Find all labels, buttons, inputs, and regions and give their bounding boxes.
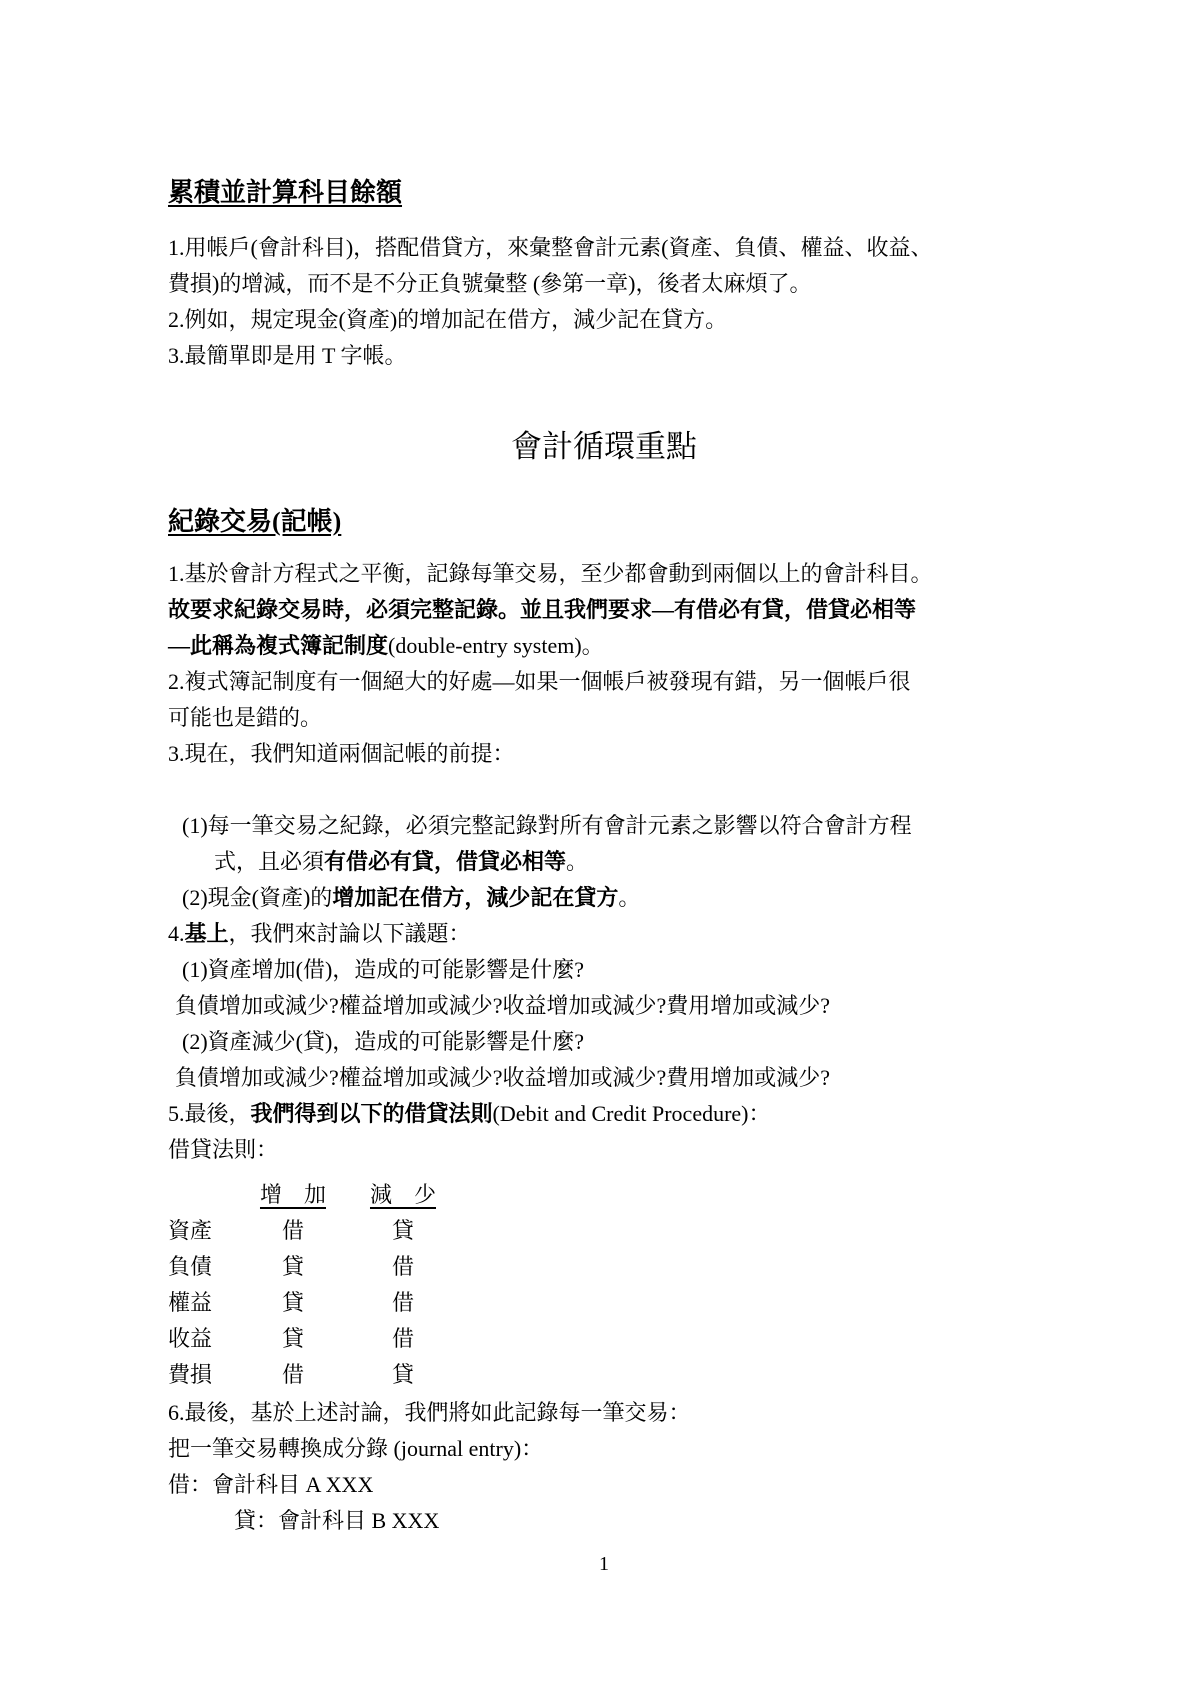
blank-line <box>168 772 1040 808</box>
text-line: 1.基於會計方程式之平衡，記錄每筆交易，至少都會動到兩個以上的會計科目。 <box>168 556 1040 592</box>
page-number: 1 <box>168 1551 1040 1577</box>
text-line: 式，且必須有借必有貸，借貸必相等。 <box>168 844 1040 880</box>
text-segment: —此稱為複式簿記制度 <box>168 633 388 658</box>
row-label: 負債 <box>168 1249 238 1285</box>
text-segment: 4. <box>168 921 185 946</box>
text-segment: (Debit and Credit Procedure)： <box>493 1101 771 1126</box>
text-line: 2.複式簿記制度有一個絕大的好處—如果一個帳戶被發現有錯，另一個帳戶很 <box>168 664 1040 700</box>
row-decrease-value: 借 <box>348 1285 458 1321</box>
text-segment: 。 <box>618 885 640 910</box>
table-header-increase: 增 加 <box>238 1177 348 1213</box>
document-page: 累積並計算科目餘額 1.用帳戶(會計科目)，搭配借貸方，來彙整會計元素(資產、負… <box>0 0 1200 1696</box>
text-line: 3.現在，我們知道兩個記帳的前提： <box>168 736 1040 772</box>
row-increase-value: 貸 <box>238 1285 348 1321</box>
text-segment: 增加記在借方，減少記在貸方 <box>332 885 618 910</box>
text-segment: 我們得到以下的借貸法則 <box>251 1101 493 1126</box>
table-header-decrease: 減 少 <box>348 1177 458 1213</box>
row-decrease-value: 貸 <box>348 1213 458 1249</box>
table-row: 收益 貸 借 <box>168 1321 1040 1357</box>
text-line: 貸：會計科目 B XXX <box>168 1503 1040 1539</box>
text-line: 借貸法則： <box>168 1132 1040 1168</box>
table-header-row: 增 加 減 少 <box>168 1177 1040 1213</box>
text-segment: 。 <box>566 849 588 874</box>
text-line: (2)資產減少(貸)，造成的可能影響是什麼? <box>168 1024 1040 1060</box>
text-line: 可能也是錯的。 <box>168 700 1040 736</box>
row-increase-value: 借 <box>238 1357 348 1393</box>
text-line: 負債增加或減少?權益增加或減少?收益增加或減少?費用增加或減少? <box>168 1060 1040 1096</box>
text-line: (2)現金(資產)的增加記在借方，減少記在貸方。 <box>168 880 1040 916</box>
section-heading-accumulate-balances: 累積並計算科目餘額 <box>168 176 1040 210</box>
text-segment: (2)現金(資產)的 <box>182 885 332 910</box>
paragraph-journal-entry: 6.最後，基於上述討論，我們將如此記錄每一筆交易： 把一筆交易轉換成分錄 (jo… <box>168 1395 1040 1539</box>
text-line: (1)資產增加(借)，造成的可能影響是什麼? <box>168 952 1040 988</box>
row-label: 費損 <box>168 1357 238 1393</box>
text-segment: 5.最後， <box>168 1101 251 1126</box>
row-increase-value: 貸 <box>238 1249 348 1285</box>
debit-credit-table: 增 加 減 少 資產 借 貸 負債 貸 借 權益 貸 借 收益 貸 借 費損 借… <box>168 1177 1040 1393</box>
text-line: 2.例如，規定現金(資產)的增加記在借方，減少記在貸方。 <box>168 302 1040 338</box>
text-segment: 式，且必須 <box>214 849 324 874</box>
row-decrease-value: 借 <box>348 1249 458 1285</box>
text-line: 5.最後，我們得到以下的借貸法則(Debit and Credit Proced… <box>168 1096 1040 1132</box>
row-decrease-value: 借 <box>348 1321 458 1357</box>
row-label: 權益 <box>168 1285 238 1321</box>
text-line: 故要求紀錄交易時，必須完整記錄。並且我們要求—有借必有貸，借貸必相等 <box>168 592 1040 628</box>
text-line: 4.基上，我們來討論以下議題： <box>168 916 1040 952</box>
text-line: 3.最簡單即是用 T 字帳。 <box>168 338 1040 374</box>
row-label: 收益 <box>168 1321 238 1357</box>
text-segment: 基上 <box>185 921 229 946</box>
text-segment: (double-entry system)。 <box>388 633 604 658</box>
paragraph-accumulate: 1.用帳戶(會計科目)，搭配借貸方，來彙整會計元素(資產、負債、權益、收益、 費… <box>168 230 1040 374</box>
table-header-spacer <box>168 1177 238 1213</box>
text-line: 費損)的增減，而不是不分正負號彙整 (參第一章)，後者太麻煩了。 <box>168 266 1040 302</box>
row-increase-value: 貸 <box>238 1321 348 1357</box>
paragraph-record-transactions: 1.基於會計方程式之平衡，記錄每筆交易，至少都會動到兩個以上的會計科目。 故要求… <box>168 556 1040 1168</box>
table-row: 負債 貸 借 <box>168 1249 1040 1285</box>
text-line: 1.用帳戶(會計科目)，搭配借貸方，來彙整會計元素(資產、負債、權益、收益、 <box>168 230 1040 266</box>
text-line: (1)每一筆交易之紀錄，必須完整記錄對所有會計元素之影響以符合會計方程 <box>168 808 1040 844</box>
table-row: 費損 借 貸 <box>168 1357 1040 1393</box>
table-row: 權益 貸 借 <box>168 1285 1040 1321</box>
text-line: 借：會計科目 A XXX <box>168 1467 1040 1503</box>
table-row: 資產 借 貸 <box>168 1213 1040 1249</box>
text-line: 6.最後，基於上述討論，我們將如此記錄每一筆交易： <box>168 1395 1040 1431</box>
text-segment: 有借必有貸，借貸必相等 <box>324 849 566 874</box>
page-title-accounting-cycle: 會計循環重點 <box>168 427 1040 467</box>
row-label: 資產 <box>168 1213 238 1249</box>
row-decrease-value: 貸 <box>348 1357 458 1393</box>
text-line: 把一筆交易轉換成分錄 (journal entry)： <box>168 1431 1040 1467</box>
text-line: 負債增加或減少?權益增加或減少?收益增加或減少?費用增加或減少? <box>168 988 1040 1024</box>
text-segment: ，我們來討論以下議題： <box>229 921 471 946</box>
section-heading-record-transactions: 紀錄交易(記帳) <box>168 505 1040 539</box>
row-increase-value: 借 <box>238 1213 348 1249</box>
text-line: —此稱為複式簿記制度(double-entry system)。 <box>168 628 1040 664</box>
